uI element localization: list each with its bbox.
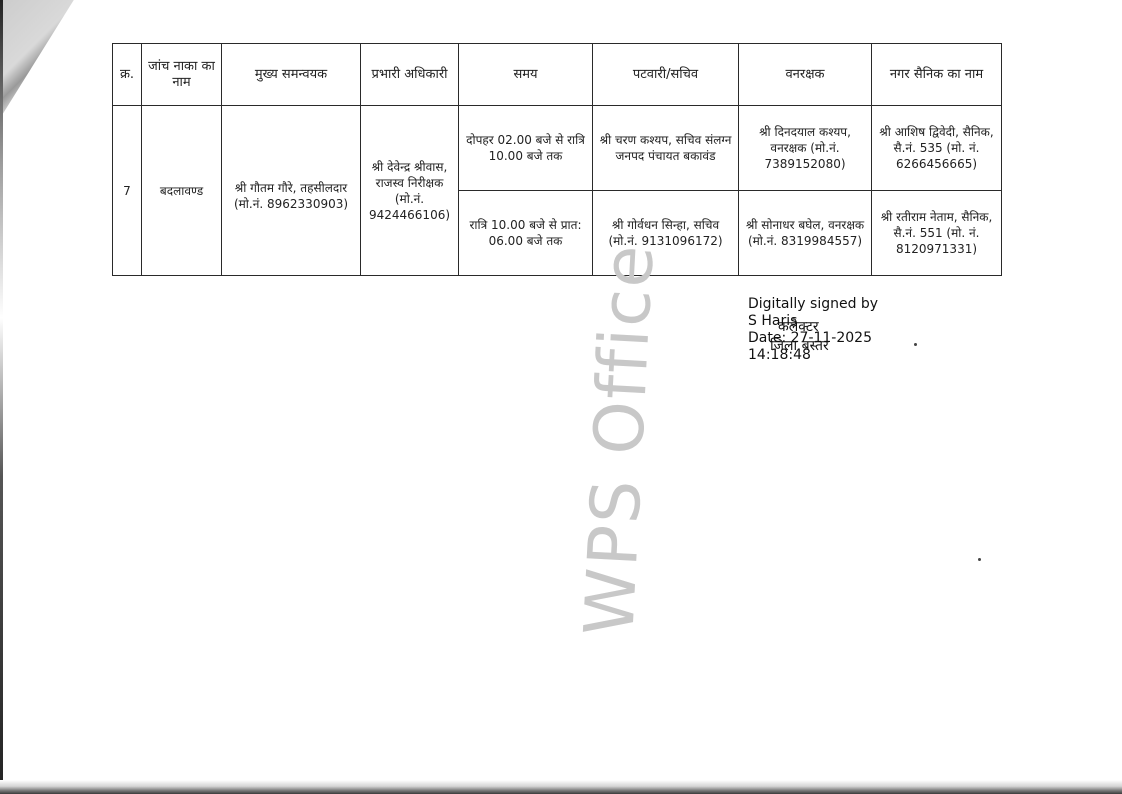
header-home-guard: नगर सैनिक का नाम bbox=[872, 44, 1002, 106]
cell-shift-2-forest-guard: श्री सोनाधर बघेल, वनरक्षक (मो.नं. 831998… bbox=[739, 191, 872, 276]
header-checkpost-name: जांच नाका का नाम bbox=[142, 44, 222, 106]
cell-checkpost-name: बदलावण्ड bbox=[142, 106, 222, 276]
stamp-district: जिला बस्तर bbox=[770, 337, 829, 356]
header-main-coordinator: मुख्य समन्वयक bbox=[222, 44, 361, 106]
scan-bottom-edge bbox=[0, 780, 1122, 794]
stamp-designation: कलेक्टर bbox=[778, 318, 829, 337]
scan-speck bbox=[914, 343, 917, 346]
cell-shift-2-time: रात्रि 10.00 बजे से प्रात: 06.00 बजे तक bbox=[459, 191, 593, 276]
cell-shift-1-time: दोपहर 02.00 बजे से रात्रि 10.00 बजे तक bbox=[459, 106, 593, 191]
header-forest-guard: वनरक्षक bbox=[739, 44, 872, 106]
scan-speck bbox=[978, 558, 981, 561]
header-officer-in-charge: प्रभारी अधिकारी bbox=[361, 44, 459, 106]
scan-corner-shadow bbox=[0, 0, 80, 120]
cell-shift-1-home-guard: श्री आशिष द्विवेदी, सैनिक, सै.नं. 535 (म… bbox=[872, 106, 1002, 191]
header-serial: क्र. bbox=[113, 44, 142, 106]
cell-serial: 7 bbox=[113, 106, 142, 276]
header-time: समय bbox=[459, 44, 593, 106]
table-header-row: क्र. जांच नाका का नाम मुख्य समन्वयक प्रभ… bbox=[113, 44, 1002, 106]
checkpost-duty-table: क्र. जांच नाका का नाम मुख्य समन्वयक प्रभ… bbox=[112, 43, 1002, 276]
cell-shift-1-patwari: श्री चरण कश्यप, सचिव संलग्न जनपद पंचायत … bbox=[593, 106, 739, 191]
official-stamp: कलेक्टर जिला बस्तर bbox=[778, 318, 829, 356]
cell-main-coordinator: श्री गौतम गौरे, तहसीलदार (मो.नं. 8962330… bbox=[222, 106, 361, 276]
scanned-page: क्र. जांच नाका का नाम मुख्य समन्वयक प्रभ… bbox=[0, 0, 1122, 794]
cell-shift-2-home-guard: श्री रतीराम नेताम, सैनिक, सै.नं. 551 (मो… bbox=[872, 191, 1002, 276]
watermark: WPS Office bbox=[570, 238, 670, 642]
cell-officer-in-charge: श्री देवेन्द्र श्रीवास, राजस्व निरीक्षक … bbox=[361, 106, 459, 276]
scan-left-edge bbox=[0, 0, 3, 794]
signature-label: Digitally signed by bbox=[748, 296, 878, 313]
table-row: 7 बदलावण्ड श्री गौतम गौरे, तहसीलदार (मो.… bbox=[113, 106, 1002, 191]
header-patwari-secretary: पटवारी/सचिव bbox=[593, 44, 739, 106]
cell-shift-1-forest-guard: श्री दिनदयाल कश्यप, वनरक्षक (मो.नं. 7389… bbox=[739, 106, 872, 191]
